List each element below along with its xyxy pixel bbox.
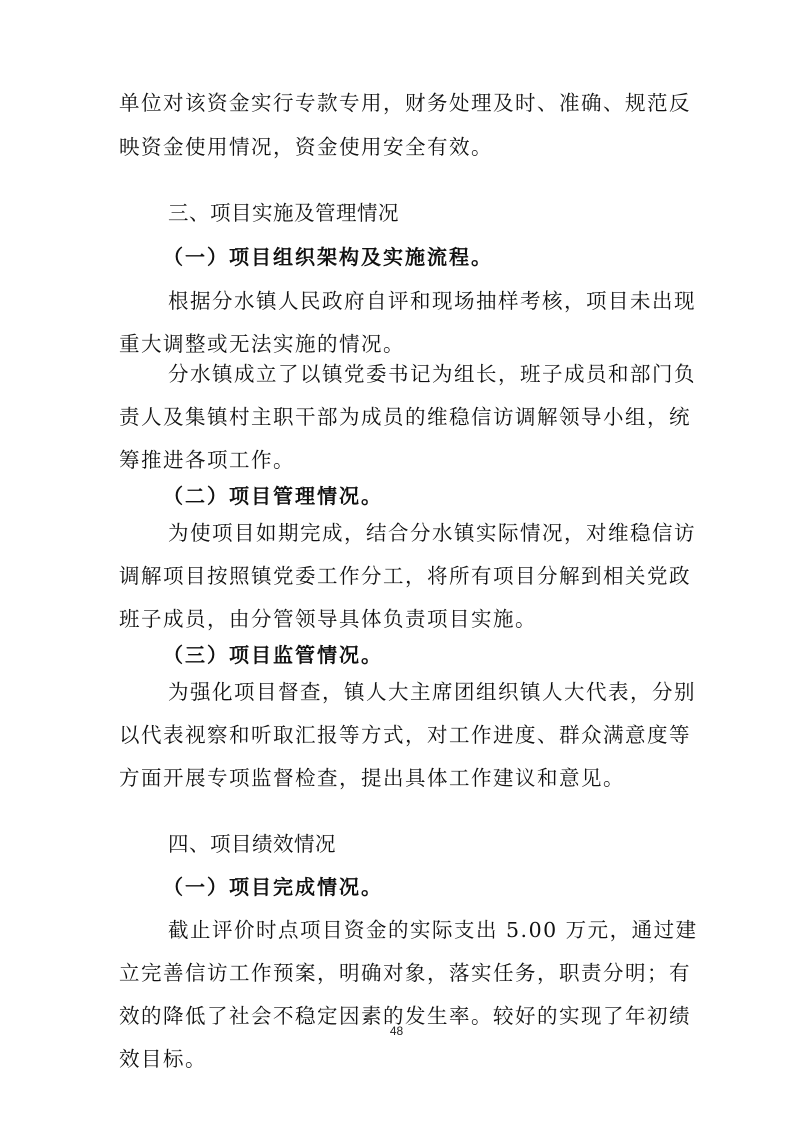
body-text-line: 截止评价时点项目资金的实际支出 5.00 万元，通过建 — [168, 916, 679, 944]
body-text-line: 映资金使用情况，资金使用安全有效。 — [119, 133, 679, 161]
body-text-line: 立完善信访工作预案，明确对象，落实任务，职责分明；有 — [119, 959, 679, 987]
body-text-line: 重大调整或无法实施的情况。 — [119, 330, 679, 358]
body-text-line: 班子成员，由分管领导具体负责项目实施。 — [119, 605, 679, 633]
body-text-line: 责人及集镇村主职干部为成员的维稳信访调解领导小组，统 — [119, 403, 679, 431]
body-text-line: 以代表视察和听取汇报等方式，对工作进度、群众满意度等 — [119, 721, 679, 749]
section-heading: 四、项目绩效情况 — [168, 830, 728, 858]
subsection-heading: （一）项目组织架构及实施流程。 — [163, 243, 723, 271]
section-heading: 三、项目实施及管理情况 — [168, 199, 728, 227]
body-text-line: 单位对该资金实行专款专用，财务处理及时、准确、规范反 — [119, 89, 679, 117]
body-text-line: 为强化项目督查，镇人大主席团组织镇人大代表，分别 — [168, 678, 679, 706]
page-number: 48 — [0, 1024, 793, 1038]
body-text-line: 根据分水镇人民政府自评和现场抽样考核，项目未出现 — [168, 287, 679, 315]
subsection-heading: （三）项目监管情况。 — [163, 641, 723, 669]
body-text-line: 方面开展专项监督检查，提出具体工作建议和意见。 — [119, 764, 679, 792]
body-text-line: 筹推进各项工作。 — [119, 446, 679, 474]
body-text-line: 为使项目如期完成，结合分水镇实际情况，对维稳信访 — [168, 519, 679, 547]
body-text-line: 调解项目按照镇党委工作分工，将所有项目分解到相关党政 — [119, 562, 679, 590]
subsection-heading: （一）项目完成情况。 — [163, 873, 723, 901]
body-text-line: 效目标。 — [119, 1045, 679, 1073]
body-text-line: 分水镇成立了以镇党委书记为组长，班子成员和部门负 — [168, 360, 679, 388]
subsection-heading: （二）项目管理情况。 — [163, 482, 723, 510]
